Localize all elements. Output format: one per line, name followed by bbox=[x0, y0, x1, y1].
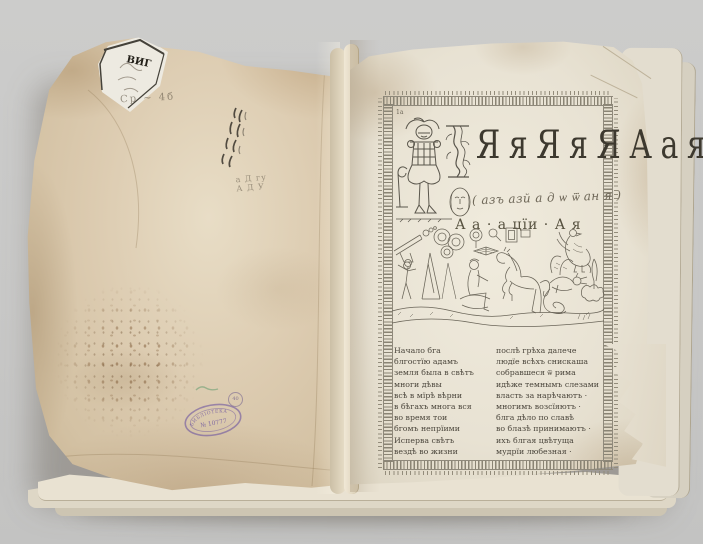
bushes-sketch bbox=[581, 285, 604, 301]
lace-fringe-top bbox=[385, 91, 611, 95]
verse-line: в бѣгахъ многа вся bbox=[394, 401, 490, 412]
verse-line: бгомъ непрїими bbox=[394, 423, 490, 434]
face-medallion-illustration bbox=[448, 186, 472, 219]
verse-line: во блазѣ принимаютъ · bbox=[496, 423, 600, 434]
dragon-sketch bbox=[544, 256, 587, 314]
seated-figure-sketch bbox=[460, 259, 490, 311]
verse-line: собравшеся ѿ рима bbox=[496, 367, 600, 378]
letters-cursive-row: ( азъ азй а д ѡ ѿ ан я ) bbox=[472, 189, 604, 209]
verse-column-left: Начало бга блгостїю адамъ земля была в с… bbox=[394, 345, 490, 457]
verse-line: многимъ возсїяютъ · bbox=[496, 401, 600, 412]
alphabet-plate: 1а bbox=[383, 96, 613, 470]
verse-line: блга дѣло по славѣ bbox=[496, 412, 600, 423]
left-page: ВИГ Ср ~ 4б а Д гу А Д У 40 БИБЛІОТЕК bbox=[26, 28, 358, 502]
ring-sketch bbox=[489, 229, 501, 241]
mirror-sketch bbox=[470, 229, 482, 248]
verse-line: людїе всѣхъ снискаша bbox=[496, 356, 600, 367]
verse-line: вездѣ во жизни bbox=[394, 446, 490, 457]
plates-sketch bbox=[434, 229, 464, 258]
verse-line: послѣ грѣха далече bbox=[496, 345, 600, 356]
frame-sketch bbox=[506, 228, 517, 242]
verse-line: во время тои bbox=[394, 412, 490, 423]
verse-line: Начало бга bbox=[394, 345, 490, 356]
verse-line: всѣ в мїрѣ вѣрни bbox=[394, 390, 490, 401]
eagle-sketch bbox=[557, 230, 591, 274]
verse-line: власть за нарѣчаютъ · bbox=[496, 390, 600, 401]
horse-sketch bbox=[497, 247, 550, 313]
plate-content: 1а bbox=[392, 105, 604, 461]
open-book-sketch bbox=[474, 247, 498, 255]
verse-line: Исперва свѣтъ bbox=[394, 435, 490, 446]
verse-line: ихъ блгая цвѣтуща bbox=[496, 435, 600, 446]
verse-line: многи дѣвы bbox=[394, 379, 490, 390]
verse-line: идѣже темнымъ слезами bbox=[496, 379, 600, 390]
verse-line: блгостїю адамъ bbox=[394, 356, 490, 367]
plate-border-bottom bbox=[383, 460, 613, 470]
lace-fringe-bottom bbox=[385, 471, 611, 475]
standing-figure-sketch bbox=[398, 260, 416, 300]
scroll-sketch bbox=[521, 230, 530, 237]
foliate-initial-illustration bbox=[443, 122, 472, 180]
cannon-sketch bbox=[394, 235, 422, 255]
ground-sketch bbox=[392, 307, 604, 327]
illustration-band bbox=[390, 223, 606, 343]
letters-large-row: Я я Я я Я А а я bbox=[476, 127, 703, 166]
verse-line: мудрїи любезная · bbox=[496, 446, 600, 457]
trees-sketch bbox=[422, 253, 456, 299]
verse-line: земля была в свѣтъ bbox=[394, 367, 490, 378]
verse-column-right: послѣ грѣха далече людїе всѣхъ снискаша … bbox=[496, 345, 600, 457]
photo-backdrop: ВИГ Ср ~ 4б а Д гу А Д У 40 БИБЛІОТЕК bbox=[0, 0, 703, 544]
gutter-shadow bbox=[350, 40, 380, 492]
lace-fringe-left bbox=[378, 98, 382, 468]
page-creases bbox=[26, 28, 358, 502]
